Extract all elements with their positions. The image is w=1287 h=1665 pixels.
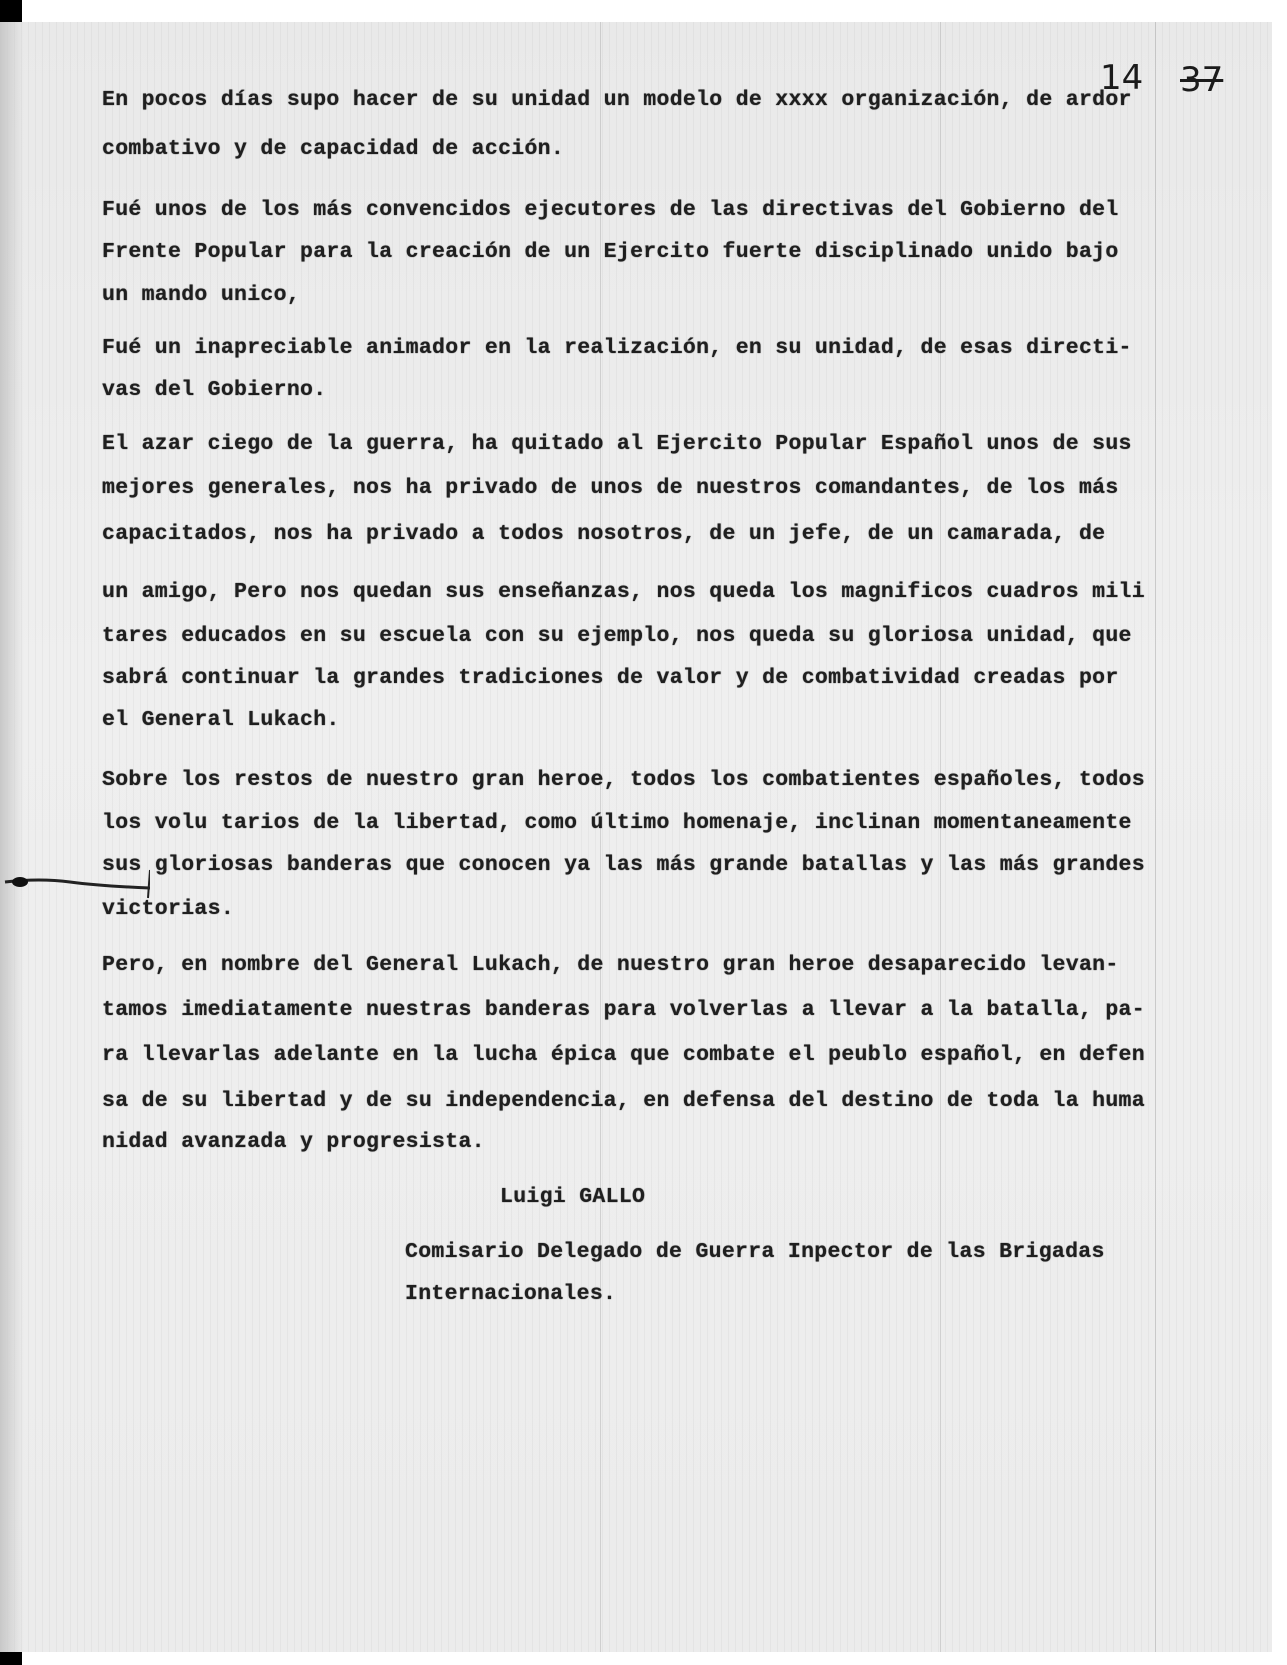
document-line: combativo y de capacidad de acción. bbox=[102, 137, 564, 161]
document-line: vas del Gobierno. bbox=[102, 378, 326, 402]
document-line: En pocos días supo hacer de su unidad un… bbox=[102, 88, 1132, 112]
document-line: los volu tarios de la libertad, como últ… bbox=[102, 811, 1132, 835]
scan-border bbox=[0, 1652, 22, 1665]
paper-page bbox=[0, 22, 1272, 1652]
document-line: un mando unico, bbox=[102, 283, 300, 307]
document-line: nidad avanzada y progresista. bbox=[102, 1130, 485, 1154]
document-line: victorias. bbox=[102, 897, 234, 921]
document-line: mejores generales, nos ha privado de uno… bbox=[102, 476, 1119, 500]
paper-crease bbox=[940, 22, 941, 1652]
document-line: sabrá continuar la grandes tradiciones d… bbox=[102, 666, 1119, 690]
document-line: Fué un inapreciable animador en la reali… bbox=[102, 336, 1132, 360]
document-line: Fué unos de los más convencidos ejecutor… bbox=[102, 198, 1119, 222]
document-line: sus gloriosas banderas que conocen ya la… bbox=[102, 853, 1145, 877]
crossed-page-number: 37 bbox=[1180, 60, 1223, 100]
signature-name: Luigi GALLO bbox=[500, 1185, 645, 1209]
paper-crease bbox=[600, 22, 601, 1652]
document-line: Pero, en nombre del General Lukach, de n… bbox=[102, 953, 1119, 977]
signature-title-continued: Internacionales. bbox=[405, 1282, 616, 1306]
document-line: un amigo, Pero nos quedan sus enseñanzas… bbox=[102, 580, 1145, 604]
paper-crease bbox=[1155, 22, 1156, 1652]
scan-border bbox=[0, 0, 22, 24]
document-line: El azar ciego de la guerra, ha quitado a… bbox=[102, 432, 1132, 456]
document-line: tamos imediatamente nuestras banderas pa… bbox=[102, 998, 1145, 1022]
document-line: Frente Popular para la creación de un Ej… bbox=[102, 240, 1119, 264]
document-line: sa de su libertad y de su independencia,… bbox=[102, 1089, 1145, 1113]
page-edge-shadow bbox=[0, 22, 24, 1652]
signature-title: Comisario Delegado de Guerra Inpector de… bbox=[405, 1240, 1105, 1264]
document-line: capacitados, nos ha privado a todos noso… bbox=[102, 522, 1105, 546]
document-line: Sobre los restos de nuestro gran heroe, … bbox=[102, 768, 1145, 792]
document-line: ra llevarlas adelante en la lucha épica … bbox=[102, 1043, 1145, 1067]
document-line: tares educados en su escuela con su ejem… bbox=[102, 624, 1132, 648]
document-line: el General Lukach. bbox=[102, 708, 340, 732]
